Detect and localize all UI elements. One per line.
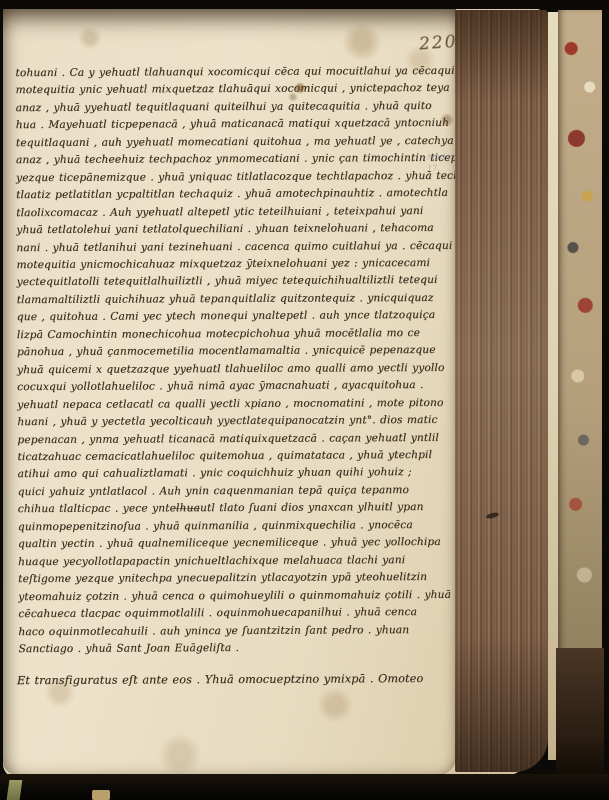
manuscript-line: chihua tlalticpac . yece yntel̶h̶u̶a̶utl… (18, 499, 452, 519)
manuscript-line: tequitlaquani , auh yyehuatl momecatiani… (16, 133, 450, 153)
manuscript-line: que , quitohua . Cami yec ytech monequi … (17, 307, 451, 327)
manuscript-line: nani . yhuā tetlanihui yani tezinehuani … (16, 237, 450, 257)
latin-incipit-line: Et transfiguratus eſt ante eos . Yhuā om… (17, 670, 451, 690)
manuscript-line: tlamamaltiliztli quichihuaz yhuā tepanqu… (17, 290, 451, 310)
manuscript-line: Sanctiago . yhuā Sant Joan Euāgeliſta . (18, 639, 452, 659)
closing-paragraph: Et transfiguratus eſt ante eos . Yhuā om… (17, 663, 451, 690)
manuscript-line: atihui amo qui cahualiztlamati . ynic co… (18, 464, 452, 484)
manuscript-line: yezque ticepānemizque . yhuā yniquac tit… (16, 168, 450, 188)
ribbon-marker-end (92, 790, 110, 800)
manuscript-line: teſtigome yezque ynitechpa ynecuepalitzi… (18, 569, 452, 589)
manuscript-line: qualtin yectin . yhuā qualnemiliceque ye… (18, 534, 452, 554)
manuscript-text-block: tohuani . Ca y yehuatl tlahuanqui xocomi… (15, 63, 452, 659)
manuscript-line: yteomahuiz çotzin . yhuā cenca o quimohu… (18, 586, 452, 606)
manuscript-line: anaz , yhuā techeehuiz techpachoz ynmome… (16, 150, 450, 170)
manuscript-line: huani , yhuā y yectetla yecolticauh yyec… (17, 412, 451, 432)
manuscript-line: cēcahueca tlacpac oquimmotlalili . oquin… (18, 604, 452, 624)
manuscript-line: anaz , yhuā yyehuatl tequitlaquani quite… (16, 98, 450, 118)
manuscript-line: lizpā Camochintin monechicohua motecpich… (17, 325, 451, 345)
folio-number: 220 (418, 32, 458, 55)
marbled-endpaper (558, 10, 602, 652)
manuscript-line: quinmopepenitzinoſua . yhuā quinmanilia … (18, 517, 452, 537)
manuscript-line: ticatzahuac cemacicatlahueliloc quitemoh… (17, 447, 451, 467)
book-fore-edge (455, 10, 548, 772)
manuscript-page: tohuani . Ca y yehuatl tlahuanqui xocomi… (3, 9, 456, 775)
manuscript-line: motequitia ynicmochicahuaz mixquetzaz ȳt… (16, 255, 450, 275)
manuscript-line: yhuā quicemi x quetzazque yyehuatl tlahu… (17, 360, 451, 380)
manuscript-line: tlaatiz petlatitlan ycpaltitlan techaqui… (16, 185, 450, 205)
manuscript-line: huaque yecyollotlapapactin ynichueltlach… (18, 552, 452, 572)
manuscript-line: pepenacan , ynma yehuatl ticanacā matiqu… (17, 429, 451, 449)
manuscript-line: tohuani . Ca y yehuatl tlahuanqui xocomi… (15, 63, 449, 83)
manuscript-line: yectequitlatolli tetequitlalhuiliztli , … (17, 272, 451, 292)
manuscript-line: hua . Mayehuatl ticpepenacā , yhuā matic… (16, 115, 450, 135)
manuscript-line: motequitia ynic yehuatl mixquetzaz tlahu… (16, 80, 450, 100)
manuscript-line: tlaolixcomacaz . Auh yyehuatl altepetl y… (16, 202, 450, 222)
manuscript-line: quici yahuiz yntlatlacol . Auh ynin caqu… (18, 482, 452, 502)
photo-frame: tohuani . Ca y yehuatl tlahuanqui xocomi… (0, 0, 609, 800)
manuscript-line: pānohua , yhuā çanmocemetilia mocentlama… (17, 342, 451, 362)
manuscript-line: yhuā tetlatolehui yani tetlatolquechilia… (16, 220, 450, 240)
manuscript-line: haco oquinmotlecahuili . auh yninca ye ſ… (18, 621, 452, 641)
manuscript-line: cocuxqui yollotlahueliloc . yhuā nimā ay… (17, 377, 451, 397)
manuscript-line: yehuatl nepaca cetlacatl ca qualli yectl… (17, 394, 451, 414)
binding-shadow (556, 648, 604, 774)
